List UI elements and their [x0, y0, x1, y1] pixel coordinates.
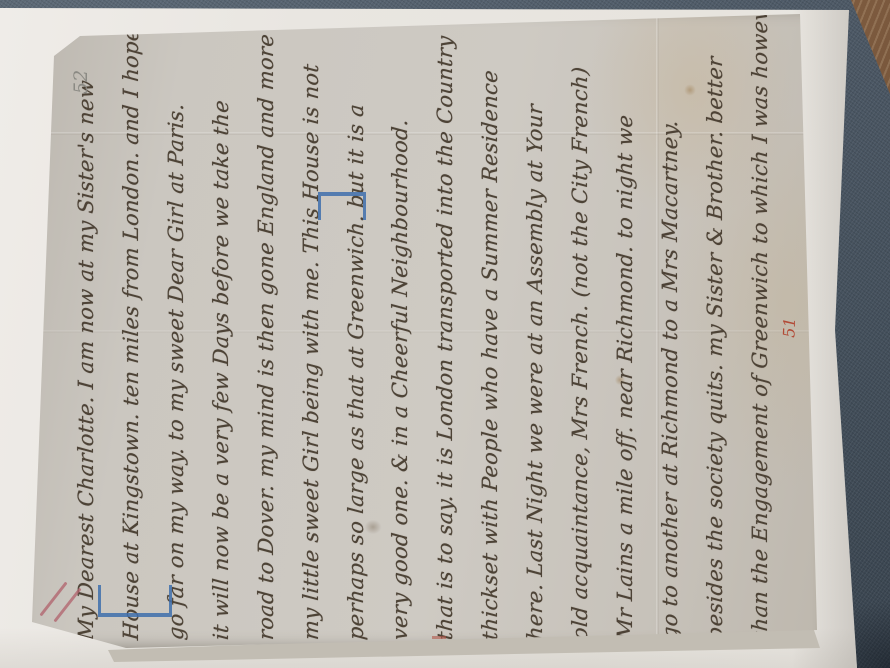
manuscript-line: old acquaintance, Mrs French. (not the C… [569, 21, 591, 641]
photograph-of-letter: My Dearest Charlotte. I am now at my Sis… [0, 0, 890, 668]
manuscript-line: road to Dover. my mind is then gone Engl… [255, 21, 277, 641]
manuscript-text-block: My Dearest Charlotte. I am now at my Sis… [75, 22, 771, 640]
folio-number-pencil: 52 [70, 54, 110, 94]
manuscript-line: perhaps so large as that at Greenwich. b… [345, 21, 367, 641]
manuscript-line: besides the society quits. my Sister & B… [704, 21, 726, 641]
manuscript-line: my little sweet Girl being with me. This… [300, 21, 322, 641]
manuscript-line: Mr Lains a mile off. near Richmond. to n… [614, 21, 636, 641]
manuscript-line: here. Last Night we were at an Assembly … [524, 21, 546, 641]
manuscript-line: very good one. & in a Cheerful Neighbour… [389, 21, 411, 641]
blue-bracket-close-mark [318, 192, 366, 220]
manuscript-line: it will now be a very few Days before we… [210, 21, 232, 641]
manuscript-line: go far on my way. to my sweet Dear Girl … [165, 21, 187, 641]
letter-paper: My Dearest Charlotte. I am now at my Sis… [28, 12, 818, 650]
manuscript-line: thickset with People who have a Summer R… [479, 21, 501, 641]
manuscript-line: My Dearest Charlotte. I am now at my Sis… [75, 21, 97, 641]
manuscript-line: go to another at Richmond to a Mrs Macar… [659, 21, 681, 641]
manuscript-line: that is to say. it is London transported… [434, 21, 456, 641]
red-edge-mark [432, 636, 446, 639]
manuscript-line: House at Kingstown. ten miles from Londo… [120, 21, 142, 641]
manuscript-lines: My Dearest Charlotte. I am now at my Sis… [75, 22, 771, 640]
blue-bracket-open-mark [98, 585, 172, 617]
manuscript-line: than the Engagement of Greenwich to whic… [749, 21, 771, 641]
